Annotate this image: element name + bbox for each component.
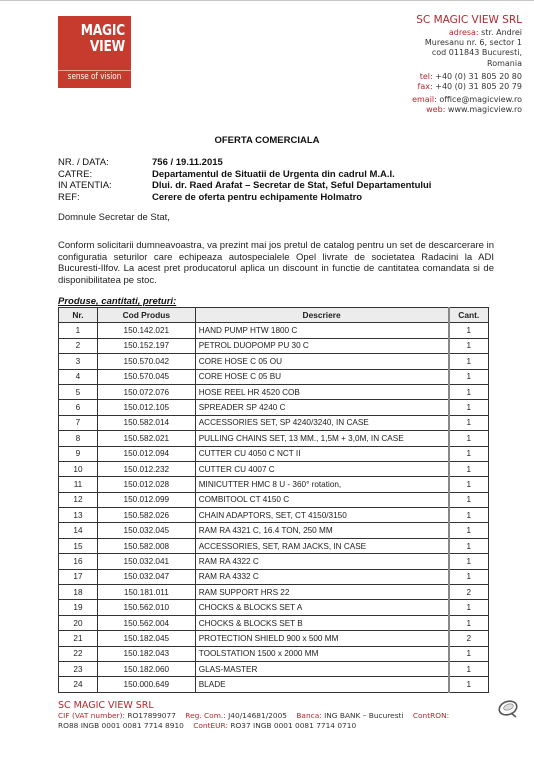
table-row: 5150.072.076HOSE REEL HR 4520 COB1: [59, 384, 489, 399]
cell-cod-produs: 150.012.105: [97, 400, 195, 415]
cell-cant: 1: [449, 661, 489, 676]
fax-line: fax: +40 (0) 31 805 20 79: [412, 82, 522, 92]
cell-descriere: GLAS-MASTER: [195, 661, 448, 676]
cell-cant: 1: [449, 431, 489, 446]
meta-value: Departamentul de Situatii de Urgenta din…: [152, 169, 395, 181]
header-cod-produs: Cod Produs: [97, 308, 195, 323]
email-link[interactable]: office@magicview.ro: [439, 95, 522, 104]
meta-key: CATRE:: [58, 169, 152, 181]
address-line-1: adresa: str. Andrei: [412, 28, 522, 38]
table-row: 4150.570.045CORE HOSE C 05 BU1: [59, 369, 489, 384]
header-nr: Nr.: [59, 308, 98, 323]
reg-label: Reg. Com.:: [185, 711, 225, 720]
cell-cod-produs: 150.032.047: [97, 569, 195, 584]
meta-row-reference: REF:Cerere de oferta pentru echipamente …: [58, 192, 431, 204]
cell-descriere: CORE HOSE C 05 BU: [195, 369, 448, 384]
cell-cant: 1: [449, 523, 489, 538]
document-title: OFERTA COMERCIALA: [0, 135, 534, 146]
cell-cant: 1: [449, 554, 489, 569]
cell-cant: 1: [449, 369, 489, 384]
tel-line: tel: +40 (0) 31 805 20 80: [412, 72, 522, 82]
cell-descriere: ACCESSORIES SET, SP 4240/3240, IN CASE: [195, 415, 448, 430]
web-link[interactable]: www.magicview.ro: [448, 105, 522, 114]
cell-cant: 1: [449, 646, 489, 661]
cell-cant: 1: [449, 323, 489, 338]
cell-cod-produs: 150.181.011: [97, 585, 195, 600]
table-row: 21150.182.045PROTECTION SHIELD 900 x 500…: [59, 631, 489, 646]
cell-nr: 24: [59, 677, 98, 692]
email-label: email:: [412, 95, 437, 104]
cell-descriere: CUTTER CU 4007 C: [195, 461, 448, 476]
cell-nr: 9: [59, 446, 98, 461]
cell-nr: 8: [59, 431, 98, 446]
table-row: 22150.182.043TOOLSTATION 1500 x 2000 MM1: [59, 646, 489, 661]
web-line: web: www.magicview.ro: [412, 105, 522, 115]
cell-nr: 19: [59, 600, 98, 615]
cell-cod-produs: 150.182.060: [97, 661, 195, 676]
cell-descriere: CUTTER CU 4050 C NCT II: [195, 446, 448, 461]
table-row: 11150.012.028MINICUTTER HMC 8 U - 360° r…: [59, 477, 489, 492]
cell-cod-produs: 150.562.010: [97, 600, 195, 615]
table-row: 17150.032.047RAM RA 4332 C1: [59, 569, 489, 584]
cell-cant: 1: [449, 508, 489, 523]
cell-nr: 21: [59, 631, 98, 646]
cell-nr: 14: [59, 523, 98, 538]
logo-line-2: VIEW: [81, 38, 125, 54]
table-row: 14150.032.045RAM RA 4321 C, 16.4 TON, 25…: [59, 523, 489, 538]
cell-cod-produs: 150.032.045: [97, 523, 195, 538]
quality-certification-icon: [497, 699, 519, 719]
footer-line-2: RO88 INGB 0001 0081 7714 8910 ContEUR: R…: [58, 721, 449, 731]
cell-nr: 11: [59, 477, 98, 492]
cell-nr: 7: [59, 415, 98, 430]
cell-descriere: TOOLSTATION 1500 x 2000 MM: [195, 646, 448, 661]
cell-nr: 18: [59, 585, 98, 600]
ron-label: ContRON:: [413, 711, 449, 720]
cell-descriere: PETROL DUOPOMP PU 30 C: [195, 338, 448, 353]
cell-descriere: COMBITOOL CT 4150 C: [195, 492, 448, 507]
meta-key: NR. / DATA:: [58, 157, 152, 169]
cell-cod-produs: 150.000.649: [97, 677, 195, 692]
table-row: 6150.012.105SPREADER SP 4240 C1: [59, 400, 489, 415]
cell-cant: 1: [449, 492, 489, 507]
cell-cod-produs: 150.032.041: [97, 554, 195, 569]
bank-label: Banca:: [296, 711, 321, 720]
cif-value: RO17899077: [127, 711, 176, 720]
cell-cod-produs: 150.012.232: [97, 461, 195, 476]
table-row: 7150.582.014ACCESSORIES SET, SP 4240/324…: [59, 415, 489, 430]
web-label: web:: [426, 105, 445, 114]
bank-value: ING BANK – Bucuresti: [324, 711, 403, 720]
company-logo: MAGIC VIEW sense of vision: [58, 16, 131, 88]
table-row: 12150.012.099COMBITOOL CT 4150 C1: [59, 492, 489, 507]
address-line-2: Muresanu nr. 6, sector 1: [412, 38, 522, 48]
cell-descriere: MINICUTTER HMC 8 U - 360° rotation,: [195, 477, 448, 492]
greeting: Domnule Secretar de Stat,: [58, 212, 170, 223]
table-header-row: Nr. Cod Produs Descriere Cant.: [59, 308, 489, 323]
cell-cant: 1: [449, 338, 489, 353]
header-cant: Cant.: [449, 308, 489, 323]
cell-nr: 20: [59, 615, 98, 630]
footer-company-name: SC MAGIC VIEW SRL: [58, 700, 449, 711]
cell-nr: 23: [59, 661, 98, 676]
meta-key: IN ATENTIA:: [58, 180, 152, 192]
table-row: 20150.562.004CHOCKS & BLOCKS SET B1: [59, 615, 489, 630]
table-row: 3150.570.042CORE HOSE C 05 OU1: [59, 354, 489, 369]
cell-cant: 1: [449, 538, 489, 553]
address-line-4: Romania: [412, 59, 522, 69]
meta-value: 756 / 19.11.2015: [152, 157, 223, 169]
table-row: 10150.012.232CUTTER CU 4007 C1: [59, 461, 489, 476]
cell-cant: 1: [449, 354, 489, 369]
cell-nr: 4: [59, 369, 98, 384]
table-row: 19150.562.010CHOCKS & BLOCKS SET A1: [59, 600, 489, 615]
footer-line-1: CIF (VAT number): RO17899077 Reg. Com.: …: [58, 711, 449, 721]
eur-label: ContEUR:: [193, 721, 228, 730]
cell-descriere: HOSE REEL HR 4520 COB: [195, 384, 448, 399]
tel-value: +40 (0) 31 805 20 80: [435, 72, 522, 81]
table-row: 18150.181.011RAM SUPPORT HRS 222: [59, 585, 489, 600]
cell-nr: 5: [59, 384, 98, 399]
meta-row-attention: IN ATENTIA:Dlui. dr. Raed Arafat – Secre…: [58, 180, 431, 192]
cell-cant: 2: [449, 585, 489, 600]
cell-cod-produs: 150.012.099: [97, 492, 195, 507]
meta-row-recipient: CATRE:Departamentul de Situatii de Urgen…: [58, 169, 431, 181]
cell-nr: 16: [59, 554, 98, 569]
cell-descriere: PULLING CHAINS SET, 13 MM., 1,5M + 3,0M,…: [195, 431, 448, 446]
table-row: 24150.000.649BLADE1: [59, 677, 489, 692]
company-contact-block: SC MAGIC VIEW SRL adresa: str. Andrei Mu…: [412, 13, 522, 116]
cell-cant: 1: [449, 569, 489, 584]
meta-value: Dlui. dr. Raed Arafat – Secretar de Stat…: [152, 180, 431, 192]
cell-cod-produs: 150.582.008: [97, 538, 195, 553]
cell-cod-produs: 150.562.004: [97, 615, 195, 630]
cell-cant: 1: [449, 400, 489, 415]
header-descriere: Descriere: [195, 308, 448, 323]
cell-cant: 1: [449, 677, 489, 692]
cell-nr: 3: [59, 354, 98, 369]
cell-descriere: SPREADER SP 4240 C: [195, 400, 448, 415]
page-footer: SC MAGIC VIEW SRL CIF (VAT number): RO17…: [58, 700, 449, 730]
table-row: 8150.582.021PULLING CHAINS SET, 13 MM., …: [59, 431, 489, 446]
cell-nr: 6: [59, 400, 98, 415]
logo-wordmark: MAGIC VIEW: [81, 22, 125, 54]
table-row: 16150.032.041RAM RA 4322 C1: [59, 554, 489, 569]
address-line-3: cod 011843 Bucuresti,: [412, 48, 522, 58]
table-row: 2150.152.197PETROL DUOPOMP PU 30 C1: [59, 338, 489, 353]
cell-descriere: RAM RA 4322 C: [195, 554, 448, 569]
page-top-border: [0, 0, 534, 1]
fax-label: fax:: [418, 82, 433, 91]
cell-cant: 1: [449, 446, 489, 461]
fax-value: +40 (0) 31 805 20 79: [435, 82, 522, 91]
cell-cant: 1: [449, 615, 489, 630]
cell-cod-produs: 150.582.014: [97, 415, 195, 430]
cell-descriere: RAM RA 4321 C, 16.4 TON, 250 MM: [195, 523, 448, 538]
table-row: 9150.012.094CUTTER CU 4050 C NCT II1: [59, 446, 489, 461]
logo-tagline: sense of vision: [63, 72, 125, 82]
cell-descriere: CHOCKS & BLOCKS SET A: [195, 600, 448, 615]
cell-nr: 12: [59, 492, 98, 507]
cell-nr: 1: [59, 323, 98, 338]
cell-cod-produs: 150.072.076: [97, 384, 195, 399]
cell-nr: 17: [59, 569, 98, 584]
address-label: adresa:: [449, 28, 479, 37]
cell-cod-produs: 150.012.028: [97, 477, 195, 492]
cell-cod-produs: 150.142.021: [97, 323, 195, 338]
meta-row-number-date: NR. / DATA:756 / 19.11.2015: [58, 157, 431, 169]
email-line: email: office@magicview.ro: [412, 95, 522, 105]
cell-descriere: CORE HOSE C 05 OU: [195, 354, 448, 369]
cell-descriere: PROTECTION SHIELD 900 x 500 MM: [195, 631, 448, 646]
table-row: 23150.182.060GLAS-MASTER1: [59, 661, 489, 676]
cell-descriere: BLADE: [195, 677, 448, 692]
cell-cod-produs: 150.582.021: [97, 431, 195, 446]
ron-value: RO88 INGB 0001 0081 7714 8910: [58, 721, 184, 730]
company-name: SC MAGIC VIEW SRL: [412, 13, 522, 27]
cell-descriere: CHOCKS & BLOCKS SET B: [195, 615, 448, 630]
cell-descriere: RAM SUPPORT HRS 22: [195, 585, 448, 600]
cell-descriere: ACCESSORIES, SET, RAM JACKS, IN CASE: [195, 538, 448, 553]
tel-label: tel:: [420, 72, 433, 81]
cell-cod-produs: 150.570.042: [97, 354, 195, 369]
cell-descriere: RAM RA 4332 C: [195, 569, 448, 584]
cell-nr: 13: [59, 508, 98, 523]
cif-label: CIF (VAT number):: [58, 711, 125, 720]
reg-value: J40/14681/2005: [228, 711, 287, 720]
meta-key: REF:: [58, 192, 152, 204]
cell-cant: 1: [449, 415, 489, 430]
table-row: 13150.582.026CHAIN ADAPTORS, SET, CT 415…: [59, 508, 489, 523]
address-value: str. Andrei: [481, 28, 522, 37]
cell-cod-produs: 150.570.045: [97, 369, 195, 384]
cell-cod-produs: 150.012.094: [97, 446, 195, 461]
cell-cant: 1: [449, 600, 489, 615]
logo-line-1: MAGIC: [81, 22, 125, 38]
cell-nr: 15: [59, 538, 98, 553]
section-title: Produse, cantitati, preturi:: [58, 296, 176, 307]
cell-cant: 1: [449, 461, 489, 476]
document-meta: NR. / DATA:756 / 19.11.2015 CATRE:Depart…: [58, 157, 431, 204]
products-table: Nr. Cod Produs Descriere Cant. 1150.142.…: [58, 307, 489, 693]
eur-value: RO37 INGB 0001 0081 7714 0710: [230, 721, 356, 730]
cell-cod-produs: 150.182.045: [97, 631, 195, 646]
cell-cant: 1: [449, 477, 489, 492]
meta-value: Cerere de oferta pentru echipamente Holm…: [152, 192, 362, 204]
body-paragraph: Conform solicitarii dumneavoastra, va pr…: [58, 240, 494, 286]
cell-cod-produs: 150.182.043: [97, 646, 195, 661]
cell-descriere: HAND PUMP HTW 1800 C: [195, 323, 448, 338]
table-row: 15150.582.008ACCESSORIES, SET, RAM JACKS…: [59, 538, 489, 553]
cell-cant: 2: [449, 631, 489, 646]
cell-cant: 1: [449, 384, 489, 399]
cell-nr: 2: [59, 338, 98, 353]
table-row: 1150.142.021HAND PUMP HTW 1800 C1: [59, 323, 489, 338]
logo-divider: [58, 70, 131, 71]
cell-cod-produs: 150.152.197: [97, 338, 195, 353]
cell-nr: 10: [59, 461, 98, 476]
cell-cod-produs: 150.582.026: [97, 508, 195, 523]
cell-descriere: CHAIN ADAPTORS, SET, CT 4150/3150: [195, 508, 448, 523]
cell-nr: 22: [59, 646, 98, 661]
